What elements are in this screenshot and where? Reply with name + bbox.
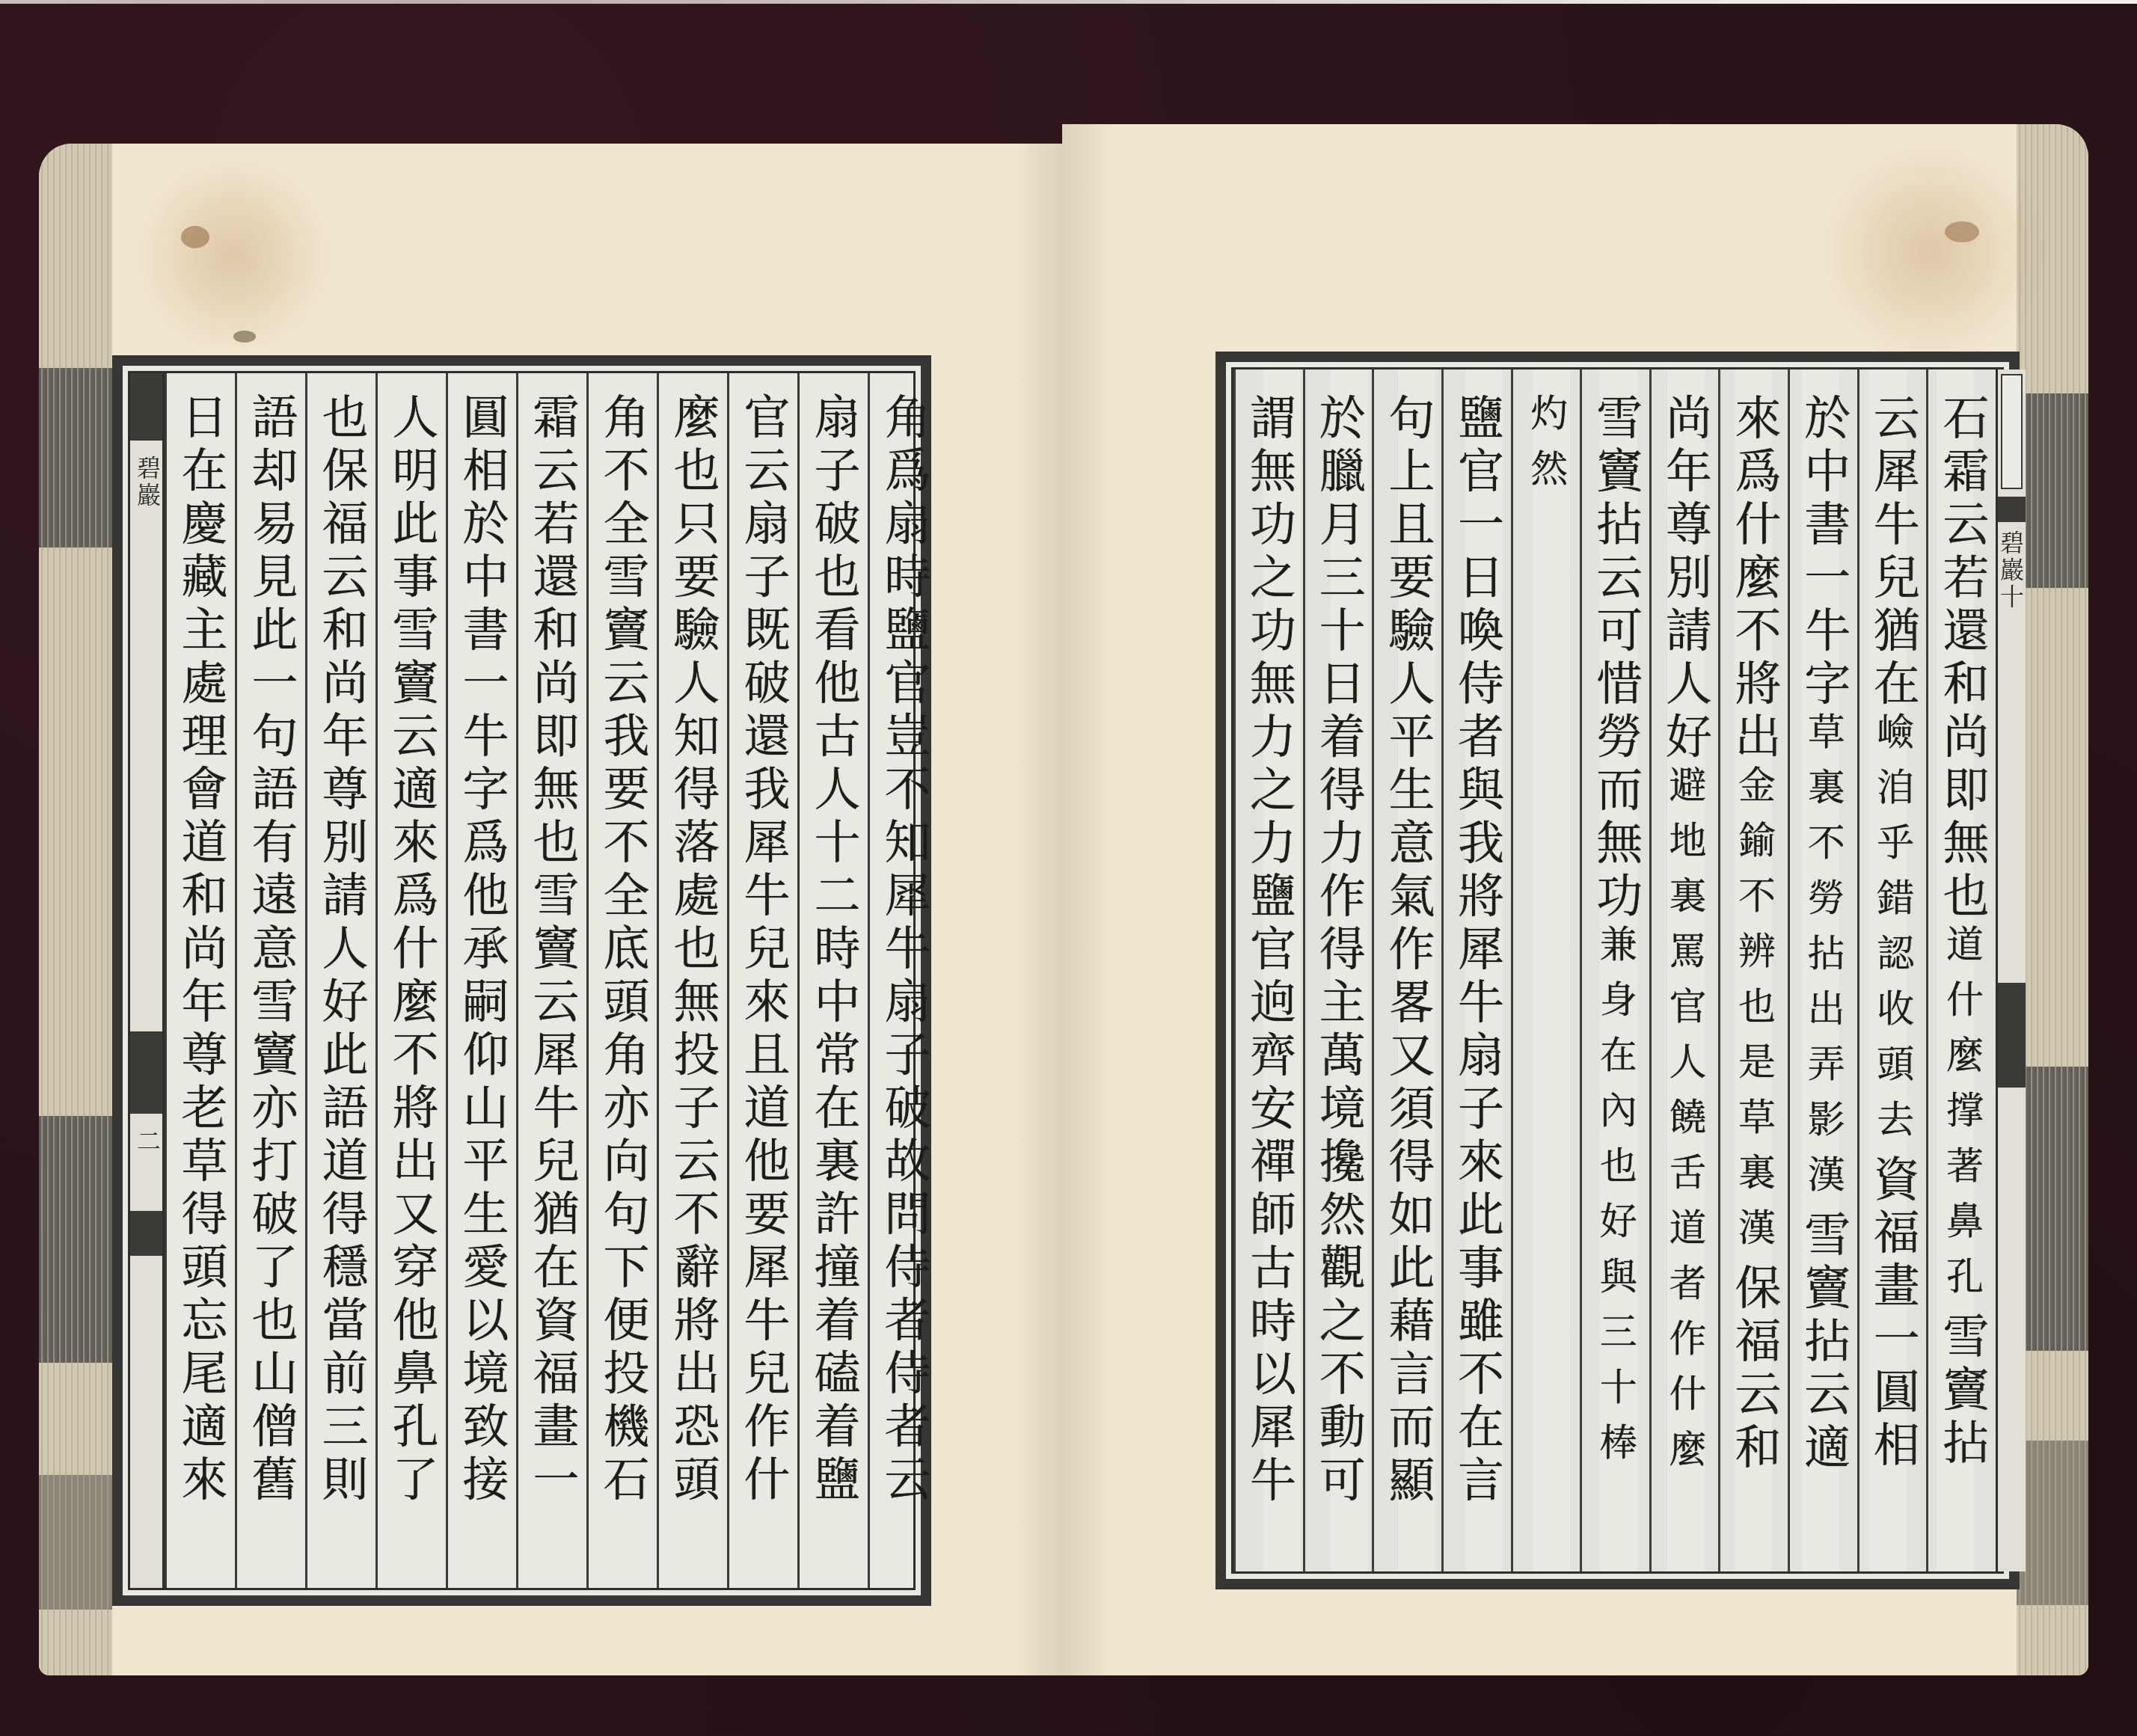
text-column: 麼也只要驗人知得落處也無投子云不辭將出恐頭 bbox=[657, 373, 727, 1588]
worm-hole-stain bbox=[233, 331, 256, 343]
main-text: 於臘月三十日着得力作得主萬境攙然觀之不動可 bbox=[1311, 393, 1366, 1509]
text-column: 來爲什麼不將出金鍮不辨也是草裏漢保福云和 bbox=[1718, 369, 1788, 1571]
main-text: 官云扇子既破還我犀牛兒來且道他要犀牛兒作什 bbox=[736, 393, 791, 1508]
main-text: 雪竇拈云適 bbox=[1797, 1210, 1851, 1476]
page-stack-ink-band bbox=[39, 1475, 112, 1610]
page-stack-ink-band bbox=[39, 1116, 112, 1363]
main-text: 雪竇拈 bbox=[1935, 1312, 1990, 1471]
main-text: 雪竇拈云可惜勞而無功 bbox=[1589, 393, 1643, 924]
annotation-text: 草裏不勞拈出弄影漢 bbox=[1802, 712, 1845, 1210]
text-column: 圓相於中書一牛字爲他承嗣仰山平生愛以境致接 bbox=[446, 373, 516, 1588]
text-column: 官云扇子既破還我犀牛兒來且道他要犀牛兒作什 bbox=[727, 373, 797, 1588]
right-page-stack bbox=[2017, 124, 2088, 1675]
fish-tail-mark bbox=[130, 1031, 162, 1114]
main-text: 石霜云若還和尚即無也 bbox=[1935, 393, 1990, 924]
annotation-text: 嶮洎乎錯認收頭去 bbox=[1871, 712, 1914, 1155]
text-column: 於臘月三十日着得力作得主萬境攙然觀之不動可 bbox=[1303, 369, 1373, 1571]
fish-tail-mark bbox=[130, 1211, 162, 1256]
text-column: 角爲扇時鹽官豈不知犀牛扇子破故問侍者侍者云 bbox=[868, 373, 938, 1588]
text-column: 云犀牛兒猶在嶮洎乎錯認收頭去資福畫一圓相 bbox=[1857, 369, 1927, 1571]
main-text: 句上且要驗人平生意氣作畧又須得如此藉言而顯 bbox=[1381, 393, 1435, 1509]
text-column: 日在慶藏主處理會道和尚年尊老草得頭忘尾適來 bbox=[165, 373, 235, 1588]
banxin-title: 碧巖十 bbox=[1998, 530, 2026, 611]
main-text: 於中書一牛字 bbox=[1797, 393, 1851, 712]
text-column: 霜云若還和尚即無也雪竇云犀牛兒猶在資福畫一 bbox=[516, 373, 586, 1588]
worm-hole-stain bbox=[1945, 221, 1979, 242]
worm-hole-stain bbox=[181, 226, 209, 248]
main-text: 尚年尊別請人好 bbox=[1658, 393, 1712, 765]
right-text-columns: 石霜云若還和尚即無也道什麼撑著鼻孔雪竇拈 云犀牛兒猶在嶮洎乎錯認收頭去資福畫一圓… bbox=[1233, 369, 1996, 1571]
text-column: 角不全雪竇云我要不全底頭角亦向句下便投機石 bbox=[586, 373, 657, 1588]
main-text: 保福云和 bbox=[1727, 1263, 1782, 1476]
main-text: 圓相於中書一牛字爲他承嗣仰山平生愛以境致接 bbox=[455, 393, 509, 1508]
fish-tail-mark bbox=[130, 373, 162, 441]
banxin-upper-box bbox=[2001, 374, 2023, 489]
main-text: 云犀牛兒猶在 bbox=[1865, 393, 1920, 712]
main-text: 霜云若還和尚即無也雪竇云犀牛兒猶在資福畫一 bbox=[525, 393, 580, 1508]
text-column: 尚年尊別請人好避地裏罵官人饒舌道者作什麼 bbox=[1649, 369, 1719, 1571]
page-stack-ink-band bbox=[2017, 1067, 2088, 1351]
main-text: 來爲什麼不將出 bbox=[1727, 393, 1782, 765]
page-stack-ink-band bbox=[39, 368, 112, 548]
left-text-frame: 碧巖 二 角爲扇時鹽官豈不知犀牛扇子破故問侍者侍者云 扇子破也看他古人十二時中常… bbox=[112, 355, 931, 1606]
right-text-frame: 石霜云若還和尚即無也道什麼撑著鼻孔雪竇拈 云犀牛兒猶在嶮洎乎錯認收頭去資福畫一圓… bbox=[1215, 352, 2020, 1589]
annotation-text: 避地裏罵官人饒舌道者作什麼 bbox=[1663, 765, 1706, 1485]
page-stack-ink-band bbox=[2017, 393, 2088, 588]
annotation-text: 兼身在內也好與三十棒 bbox=[1594, 924, 1637, 1478]
left-page: 碧巖 二 角爲扇時鹽官豈不知犀牛扇子破故問侍者侍者云 扇子破也看他古人十二時中常… bbox=[39, 144, 1064, 1675]
main-text: 也保福云和尚年尊別請人好此語道得穩當前三則 bbox=[314, 393, 369, 1508]
left-page-stack bbox=[39, 144, 112, 1675]
left-text-frame-inner: 碧巖 二 角爲扇時鹽官豈不知犀牛扇子破故問侍者侍者云 扇子破也看他古人十二時中常… bbox=[128, 371, 916, 1590]
left-text-columns: 角爲扇時鹽官豈不知犀牛扇子破故問侍者侍者云 扇子破也看他古人十二時中常在裏許撞着… bbox=[165, 373, 938, 1588]
water-stain bbox=[121, 159, 346, 353]
main-text: 麼也只要驗人知得落處也無投子云不辭將出恐頭 bbox=[666, 393, 720, 1508]
right-page: 石霜云若還和尚即無也道什麼撑著鼻孔雪竇拈 云犀牛兒猶在嶮洎乎錯認收頭去資福畫一圓… bbox=[1062, 124, 2088, 1675]
left-banxin: 碧巖 二 bbox=[130, 373, 165, 1588]
annotation-text: 道什麼撑著鼻孔 bbox=[1940, 924, 1984, 1312]
text-column: 人明此事雪竇云適來爲什麼不將出又穿他鼻孔了 bbox=[375, 373, 446, 1588]
water-stain bbox=[1818, 132, 2042, 371]
main-text: 日在慶藏主處理會道和尚年尊老草得頭忘尾適來 bbox=[174, 393, 228, 1508]
gutter-shadow bbox=[1062, 124, 1115, 1675]
banxin-title: 碧巖 bbox=[130, 456, 162, 509]
main-text: 扇子破也看他古人十二時中常在裏許撞着磕着鹽 bbox=[806, 393, 861, 1508]
main-text: 人明此事雪竇云適來爲什麼不將出又穿他鼻孔了 bbox=[384, 393, 439, 1508]
text-column: 句上且要驗人平生意氣作畧又須得如此藉言而顯 bbox=[1372, 369, 1441, 1571]
right-banxin: 碧巖十 bbox=[1996, 369, 2026, 1571]
text-column: 扇子破也看他古人十二時中常在裏許撞着磕着鹽 bbox=[797, 373, 868, 1588]
main-text: 語却易見此一句語有遠意雪竇亦打破了也山僧舊 bbox=[244, 393, 298, 1508]
text-column: 語却易見此一句語有遠意雪竇亦打破了也山僧舊 bbox=[235, 373, 305, 1588]
text-column: 雪竇拈云可惜勞而無功兼身在內也好與三十棒 bbox=[1580, 369, 1649, 1571]
text-column: 謂無功之功無力之力鹽官逈齊安禪師古時以犀牛 bbox=[1233, 369, 1303, 1571]
text-column: 於中書一牛字草裏不勞拈出弄影漢雪竇拈云適 bbox=[1788, 369, 1857, 1571]
page-stack-ink-band bbox=[2017, 1441, 2088, 1605]
fish-tail-mark bbox=[1998, 497, 2026, 522]
main-text: 謂無功之功無力之力鹽官逈齊安禪師古時以犀牛 bbox=[1242, 393, 1297, 1509]
text-column: 灼然 bbox=[1511, 369, 1580, 1571]
fish-tail-mark bbox=[1998, 983, 2026, 1088]
right-text-frame-inner: 石霜云若還和尚即無也道什麼撑著鼻孔雪竇拈 云犀牛兒猶在嶮洎乎錯認收頭去資福畫一圓… bbox=[1231, 367, 2004, 1574]
text-column: 鹽官一日喚侍者與我將犀牛扇子來此事雖不在言 bbox=[1441, 369, 1511, 1571]
main-text: 角不全雪竇云我要不全底頭角亦向句下便投機石 bbox=[595, 393, 650, 1508]
gutter-shadow bbox=[1011, 144, 1064, 1675]
main-text: 資福畫一圓相 bbox=[1865, 1155, 1920, 1473]
annotation-text: 金鍮不辨也是草裏漢 bbox=[1732, 765, 1776, 1263]
main-text: 鹽官一日喚侍者與我將犀牛扇子來此事雖不在言 bbox=[1450, 393, 1505, 1509]
banxin-leaf-number: 二 bbox=[130, 1129, 162, 1156]
main-text: 角爲扇時鹽官豈不知犀牛扇子破故問侍者侍者云 bbox=[877, 393, 931, 1508]
text-column: 也保福云和尚年尊別請人好此語道得穩當前三則 bbox=[305, 373, 375, 1588]
annotation-text: 灼然 bbox=[1524, 393, 1568, 504]
text-column: 石霜云若還和尚即無也道什麼撑著鼻孔雪竇拈 bbox=[1926, 369, 1996, 1571]
